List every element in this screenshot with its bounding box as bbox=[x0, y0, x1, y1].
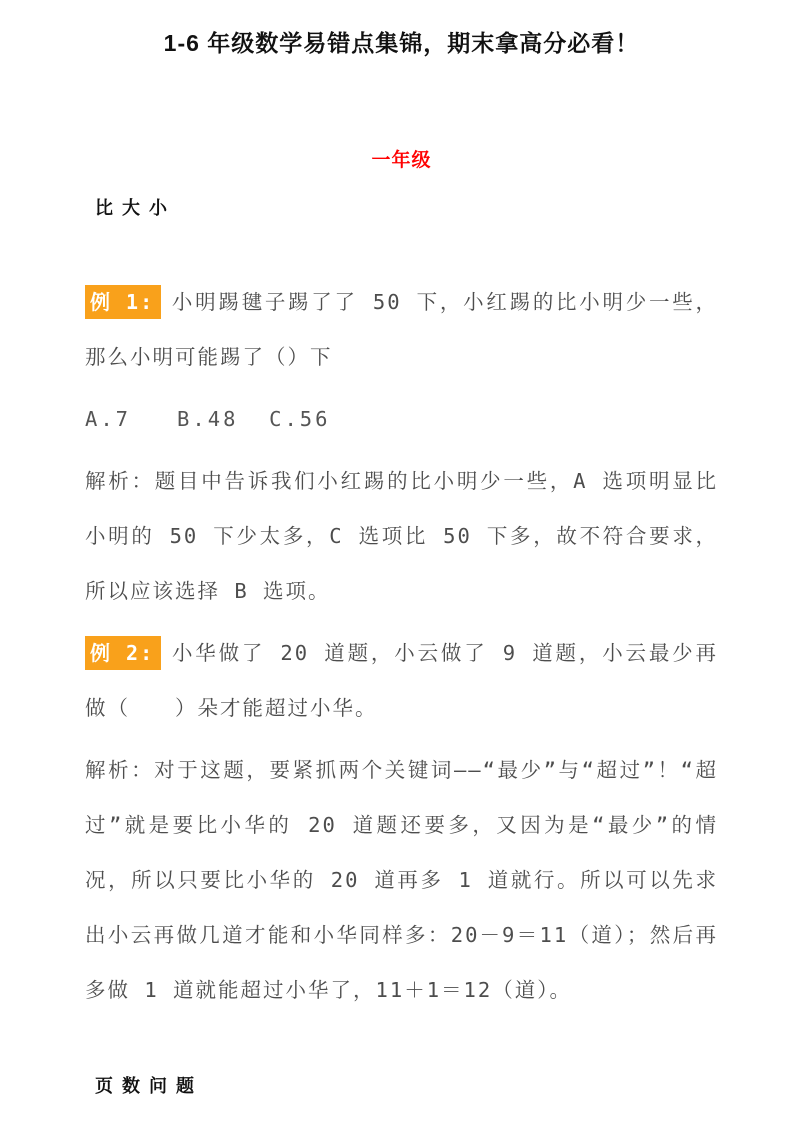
example-2-question-paragraph: 例 2:小华做了 20 道题，小云做了 9 道题，小云最少再做（ ）朵才能超过小… bbox=[85, 626, 718, 736]
example-1-question-paragraph: 例 1:小明踢毽子踢了了 50 下，小红踢的比小明少一些，那么小明可能踢了（）下 bbox=[85, 275, 718, 385]
example-1-analysis: 解析：题目中告诉我们小红踢的比小明少一些，A 选项明显比小明的 50 下少太多，… bbox=[85, 454, 718, 619]
example-2-badge: 例 2: bbox=[85, 636, 161, 670]
document-page: 1-6 年级数学易错点集锦，期末拿高分必看！ 一年级 比大小 例 1:小明踢毽子… bbox=[0, 0, 802, 1122]
example-1-question-text: 小明踢毽子踢了了 50 下，小红踢的比小明少一些，那么小明可能踢了（）下 bbox=[85, 290, 718, 369]
document-body: 例 1:小明踢毽子踢了了 50 下，小红踢的比小明少一些，那么小明可能踢了（）下… bbox=[85, 275, 718, 1018]
example-2-question-text: 小华做了 20 道题，小云做了 9 道题，小云最少再做（ ）朵才能超过小华。 bbox=[85, 641, 718, 720]
section-heading-compare-sizes: 比大小 bbox=[95, 196, 718, 221]
example-2-analysis: 解析：对于这题，要紧抓两个关键词——“最少”与“超过”！“超过”就是要比小华的 … bbox=[85, 743, 718, 1018]
example-1-options: A.7 B.48 C.56 bbox=[85, 392, 718, 447]
document-title: 1-6 年级数学易错点集锦，期末拿高分必看！ bbox=[85, 26, 718, 60]
grade-heading: 一年级 bbox=[85, 148, 718, 174]
example-1-badge: 例 1: bbox=[85, 285, 161, 319]
section-heading-page-count-problems: 页数问题 bbox=[95, 1074, 718, 1099]
